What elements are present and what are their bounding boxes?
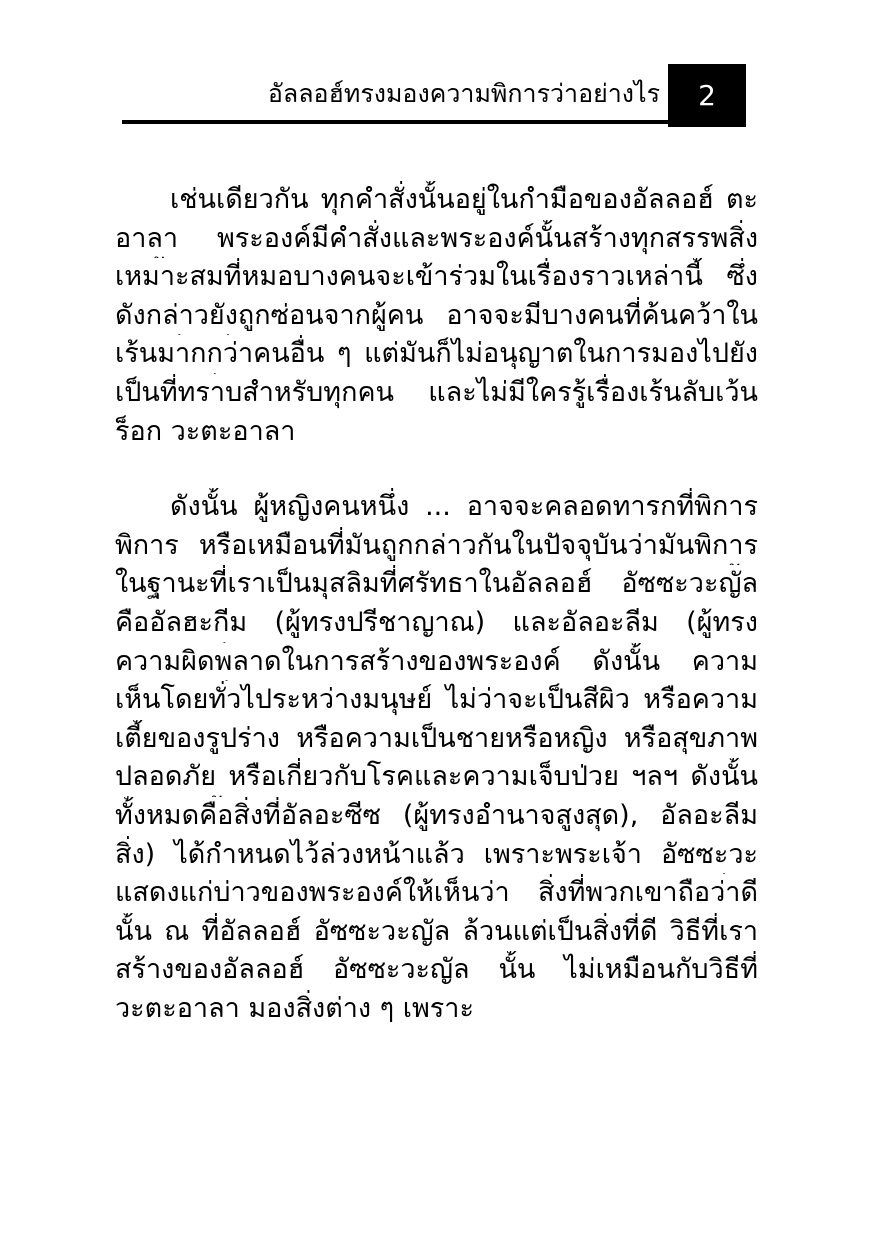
text-line: วะตะอาลา มองสิ่งต่าง ๆ เพราะ — [115, 990, 758, 1029]
page-number-box: 2 — [668, 64, 746, 127]
text-line: เป็นที่ทราบสำหรับทุกคน และไม่มีใครรู้เรื… — [115, 374, 758, 413]
text-line: เช่นเดียวกัน ทุกคำสั่งนั้นอยู่ในกำมือของ… — [115, 181, 758, 220]
text-line: สิ่ง) ได้กำหนดไว้ล่วงหน้าแล้ว เพราะพระเจ… — [115, 836, 758, 875]
text-line: เห็นโดยทั่วไประหว่างมนุษย์ ไม่ว่าจะเป็นส… — [115, 681, 758, 720]
text-line: ดังกล่าวยังถูกซ่อนจากผู้คน อาจจะมีบางคนท… — [115, 297, 758, 336]
text-line: ดังนั้น ผู้หญิงคนหนึ่ง ... อาจจะคลอดทารก… — [115, 488, 758, 527]
text-line: นั้น ณ ที่อัลลอฮ์ อัซซะวะญัล ล้วนแต่เป็น… — [115, 913, 758, 952]
text-line: สร้างของอัลลอฮ์ อัซซะวะญัล นั้น ไม่เหมือ… — [115, 951, 758, 990]
text-line: แสดงแก่บ่าวของพระองค์ให้เห็นว่า สิ่งที่พ… — [115, 874, 758, 913]
body-text: เช่นเดียวกัน ทุกคำสั่งนั้นอยู่ในกำมือของ… — [115, 181, 758, 1028]
text-line: คืออัลฮะกีม (ผู้ทรงปรีชาญาณ) และอัลอะลีม… — [115, 604, 758, 643]
text-line: ร็อก วะตะอาลา — [115, 413, 758, 452]
text-line: เหมาะสมที่หมอบางคนจะเข้าร่วมในเรื่องราวเ… — [115, 258, 758, 297]
text-line: พิการ หรือเหมือนที่มันถูกกล่าวกันในปัจจุ… — [115, 527, 758, 566]
text-line: ความผิดพลาดในการสร้างของพระองค์ ดังนั้น … — [115, 643, 758, 682]
document-page: อัลลอฮ์ทรงมองความพิการว่าอย่างไร 2 เช่นเ… — [0, 0, 873, 1240]
text-line: ปลอดภัย หรือเกี่ยวกับโรคและความเจ็บป่วย … — [115, 758, 758, 797]
header-rule — [122, 120, 746, 124]
paragraph: เช่นเดียวกัน ทุกคำสั่งนั้นอยู่ในกำมือของ… — [115, 181, 758, 451]
text-line: อาลา พระองค์มีคำสั่งและพระองค์นั้นสร้างท… — [115, 220, 758, 259]
page-number: 2 — [698, 79, 716, 112]
text-line: เร้นมากกว่าคนอื่น ๆ แต่มันก็ไม่อนุญาตในก… — [115, 335, 758, 374]
header-title: อัลลอฮ์ทรงมองความพิการว่าอย่างไร — [115, 72, 660, 116]
text-line: ทั้งหมดคือสิ่งที่อัลอะซีซ (ผู้ทรงอำนาจสู… — [115, 797, 758, 836]
text-line: ในฐานะที่เราเป็นมุสลิมที่ศรัทธาในอัลลอฮ์… — [115, 565, 758, 604]
text-line: เตี้ยของรูปร่าง หรือความเป็นชายหรือหญิง … — [115, 720, 758, 759]
paragraph: ดังนั้น ผู้หญิงคนหนึ่ง ... อาจจะคลอดทารก… — [115, 488, 758, 1028]
